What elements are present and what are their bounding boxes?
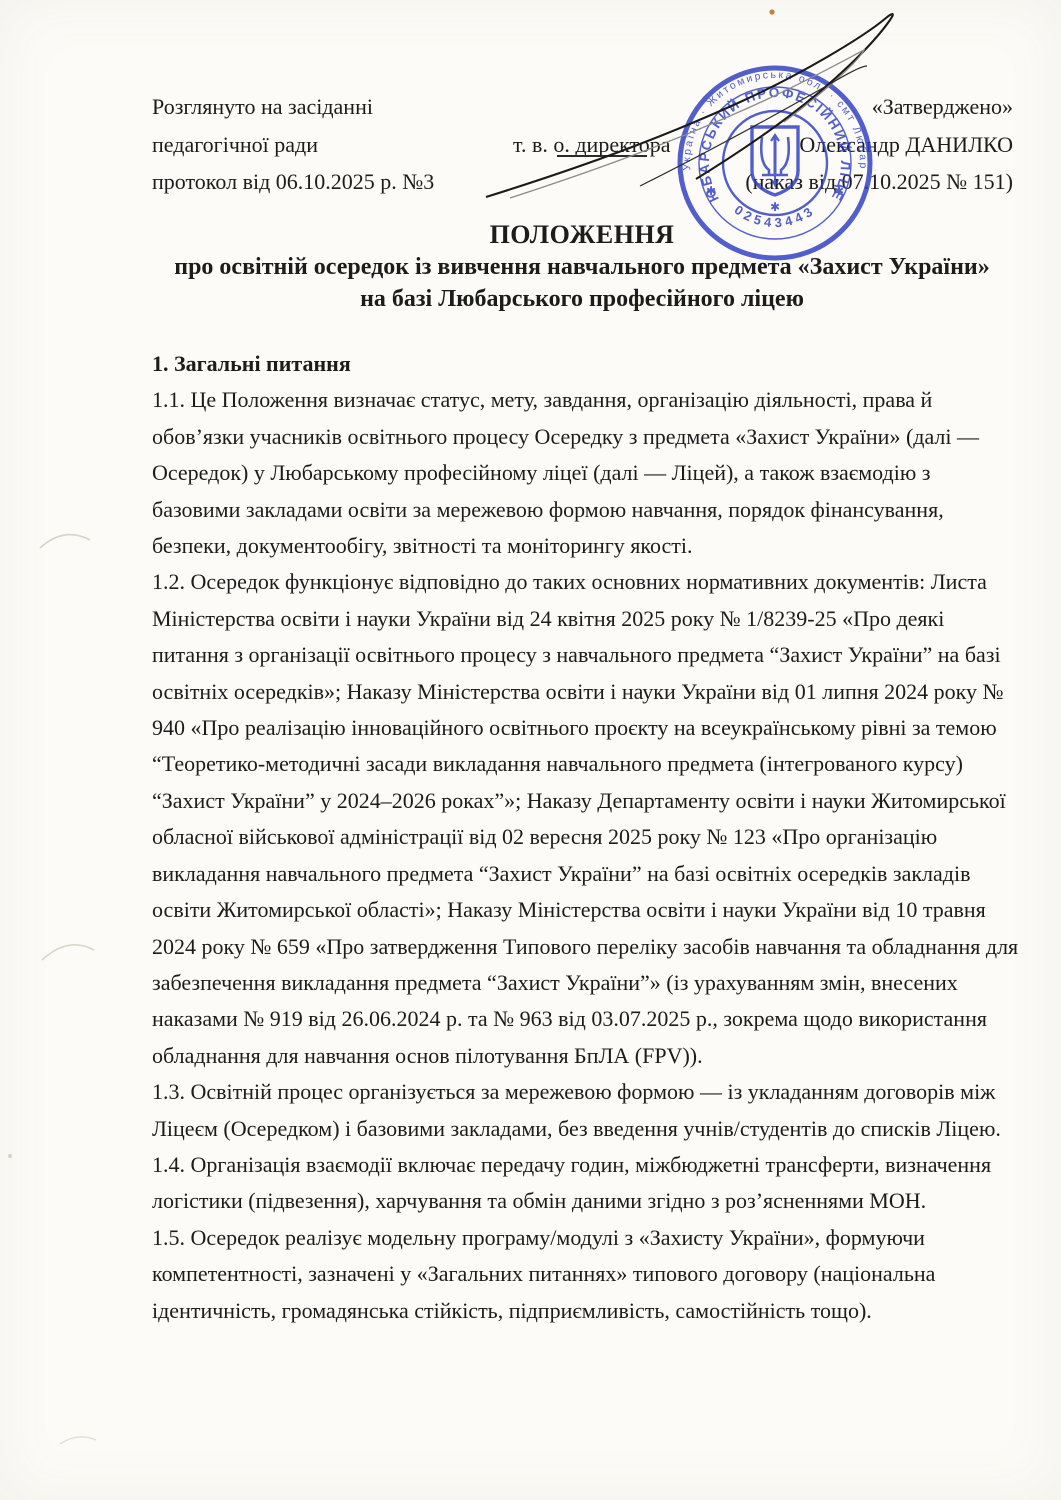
pencil-arc-mark: [40, 535, 90, 548]
ink-speck: [769, 9, 774, 14]
stamp-asterisk: ✱: [706, 184, 716, 198]
review-line-3: протокол від 06.10.2025 р. №3: [152, 163, 434, 201]
ink-speck: [8, 1154, 12, 1158]
review-line-1: Розглянуто на засіданні: [152, 88, 434, 126]
scanned-document-page: Розглянуто на засіданні педагогічної рад…: [0, 0, 1061, 1500]
paragraph-1-2: 1.2. Осередок функціонує відповідно до т…: [152, 564, 1022, 1074]
title-line-1: ПОЛОЖЕННЯ: [120, 219, 1044, 251]
section-heading: 1. Загальні питання: [152, 346, 1022, 382]
stamp-asterisk: ✱: [834, 184, 844, 198]
paragraph-1-3: 1.3. Освітній процес організується за ме…: [152, 1074, 1022, 1147]
document-title: ПОЛОЖЕННЯ про освітній осередок із вивче…: [120, 219, 1044, 315]
stamp-asterisk: ✱: [770, 200, 780, 214]
review-block: Розглянуто на засіданні педагогічної рад…: [152, 88, 434, 201]
title-line-3: на базі Любарського професійного ліцею: [120, 283, 1044, 315]
trident-icon: [752, 127, 798, 195]
document-body: 1. Загальні питання 1.1. Це Положення ви…: [152, 346, 1022, 1329]
paragraph-1-1: 1.1. Це Положення визначає статус, мету,…: [152, 382, 1022, 564]
paragraph-1-5: 1.5. Осередок реалізує модельну програму…: [152, 1220, 1022, 1329]
pencil-arc-mark: [42, 945, 94, 960]
review-line-2: педагогічної ради: [152, 126, 434, 164]
signature-line: [557, 147, 647, 157]
acting-director-label: т. в. о. директора: [513, 126, 671, 164]
pencil-arc-mark: [60, 1437, 96, 1444]
official-stamp: Україна · Житомирська обл. · смт Любар Л…: [673, 61, 877, 265]
paragraph-1-4: 1.4. Організація взаємодії включає перед…: [152, 1147, 1022, 1220]
title-line-2: про освітній осередок із вивчення навчал…: [120, 251, 1044, 283]
